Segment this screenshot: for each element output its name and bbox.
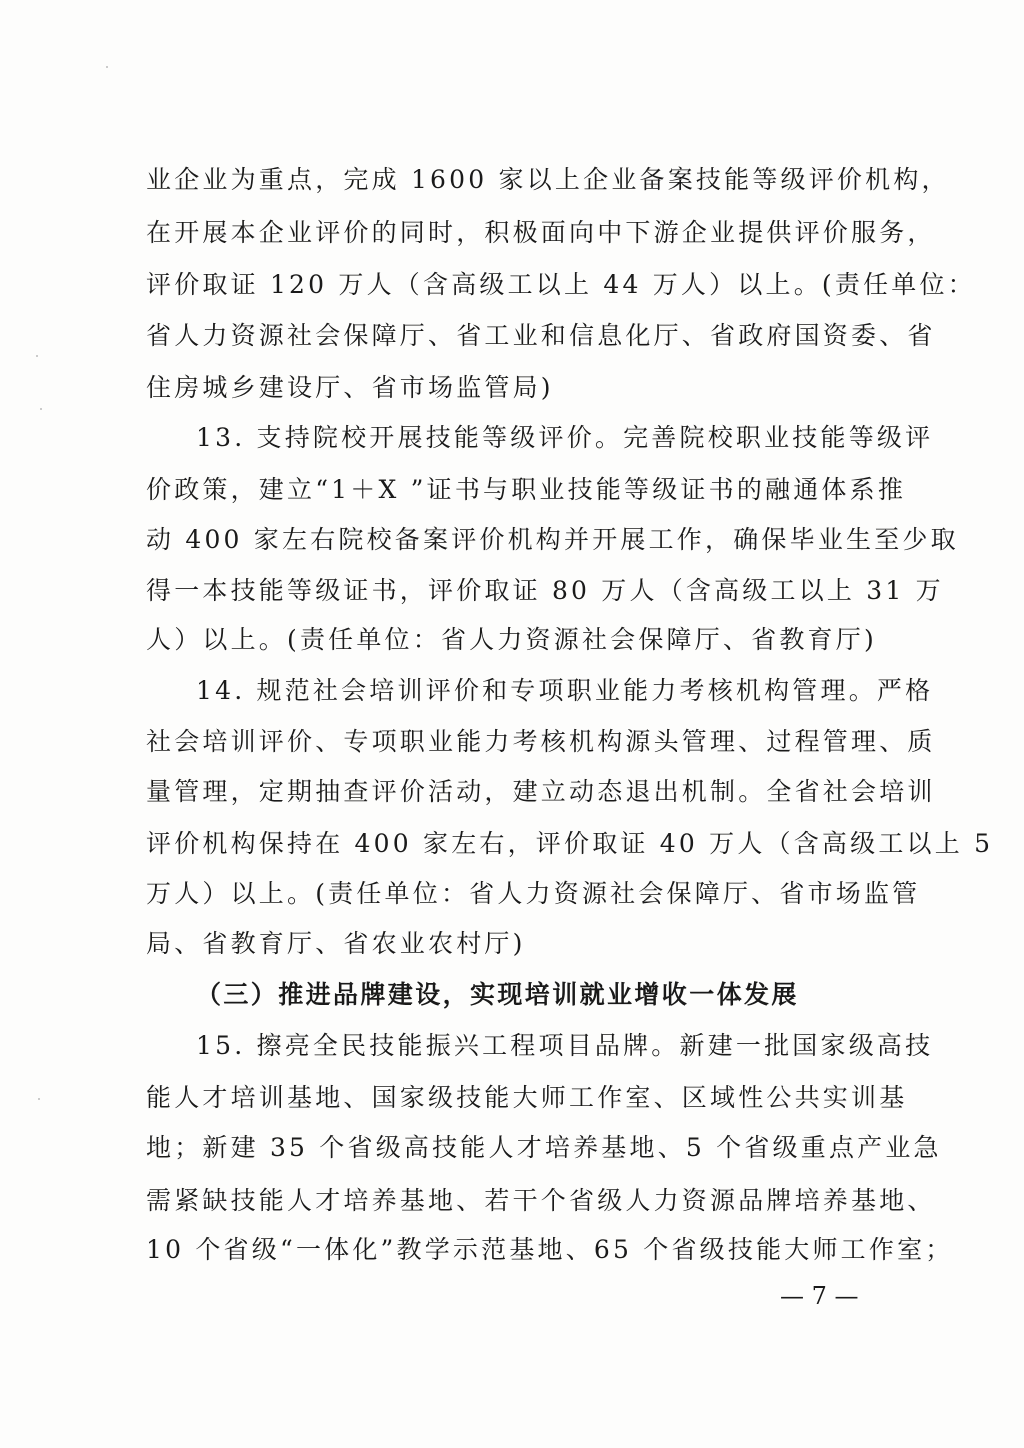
scan-speck bbox=[38, 1098, 40, 1100]
body-text-line: 局、省教育厅、省农业农村厅) bbox=[146, 926, 898, 962]
body-text-line: 动 400 家左右院校备案评价机构并开展工作，确保毕业生至少取 bbox=[146, 522, 898, 558]
body-text-line: 省人力资源社会保障厅、省工业和信息化厅、省政府国资委、省 bbox=[146, 318, 898, 354]
section-heading: （三）推进品牌建设，实现培训就业增收一体发展 bbox=[196, 977, 898, 1013]
scan-speck bbox=[36, 355, 38, 357]
body-text-line: 业企业为重点，完成 1600 家以上企业备案技能等级评价机构， bbox=[146, 162, 898, 198]
document-page: 业企业为重点，完成 1600 家以上企业备案技能等级评价机构， 在开展本企业评价… bbox=[0, 0, 1024, 1448]
body-text-line: 住房城乡建设厅、省市场监管局) bbox=[146, 370, 898, 406]
item-15-title-line: 15. 擦亮全民技能振兴工程项目品牌。新建一批国家级高技 bbox=[196, 1028, 898, 1064]
scan-speck bbox=[106, 66, 108, 68]
body-text-line: 能人才培训基地、国家级技能大师工作室、区域性公共实训基 bbox=[146, 1080, 898, 1116]
body-text-line: 价政策，建立“1＋X ”证书与职业技能等级证书的融通体系推 bbox=[146, 472, 898, 508]
body-text-line: 万人）以上。(责任单位：省人力资源社会保障厅、省市场监管 bbox=[146, 876, 898, 912]
body-text-line: 10 个省级“一体化”教学示范基地、65 个省级技能大师工作室； bbox=[146, 1232, 898, 1268]
body-text-line: 评价机构保持在 400 家左右，评价取证 40 万人（含高级工以上 5 bbox=[146, 826, 898, 862]
item-14-title-line: 14. 规范社会培训评价和专项职业能力考核机构管理。严格 bbox=[196, 673, 898, 709]
body-text-line: 在开展本企业评价的同时，积极面向中下游企业提供评价服务， bbox=[146, 215, 898, 251]
body-text-line: 得一本技能等级证书，评价取证 80 万人（含高级工以上 31 万 bbox=[146, 573, 898, 609]
body-text-line: 量管理，定期抽查评价活动，建立动态退出机制。全省社会培训 bbox=[146, 774, 898, 810]
body-text-line: 地；新建 35 个省级高技能人才培养基地、5 个省级重点产业急 bbox=[146, 1130, 898, 1166]
body-text-line: 需紧缺技能人才培养基地、若干个省级人力资源品牌培养基地、 bbox=[146, 1183, 898, 1219]
scan-speck bbox=[40, 408, 42, 410]
body-text-line: 人）以上。(责任单位：省人力资源社会保障厅、省教育厅) bbox=[146, 622, 898, 658]
body-text-line: 评价取证 120 万人（含高级工以上 44 万人）以上。(责任单位： bbox=[146, 267, 898, 303]
page-number: — 7 — bbox=[780, 1282, 859, 1310]
body-text-line: 社会培训评价、专项职业能力考核机构源头管理、过程管理、质 bbox=[146, 724, 898, 760]
item-13-title-line: 13. 支持院校开展技能等级评价。完善院校职业技能等级评 bbox=[196, 420, 898, 456]
